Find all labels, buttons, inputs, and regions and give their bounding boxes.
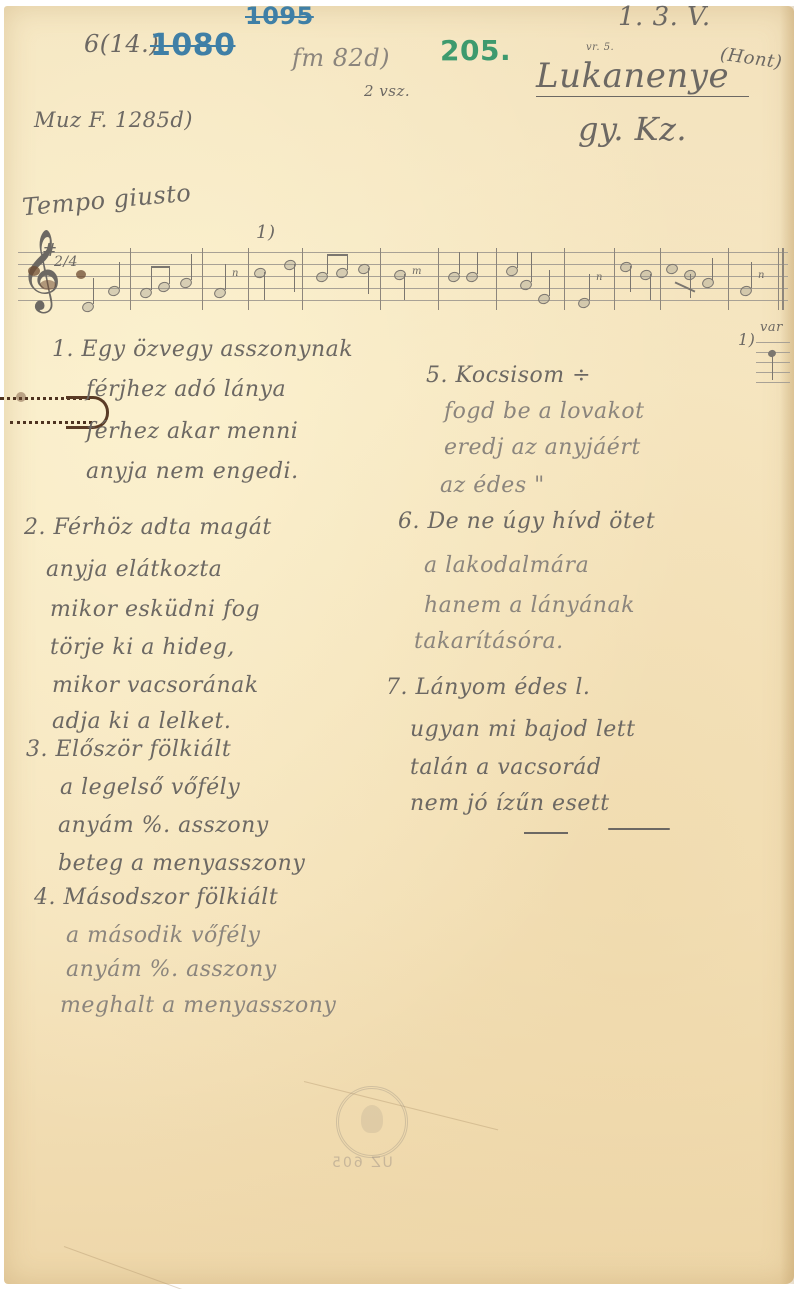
footnote-marker: 1) [256,222,275,243]
verse-line: anyja elátkozta [46,550,222,590]
ending-underline [524,832,568,834]
catalog-blue-number: 1095 [245,2,314,30]
verse-line: Lányom édes l. [416,675,591,700]
verse-4: 4. Másodszor fölkiált [34,878,278,918]
number-green: 205. [440,34,511,67]
verse-line: a lakodalmára [424,546,589,586]
verse-line: takarításóra. [414,622,564,662]
verse-line: ugyan mi bajod lett [410,710,635,750]
verse-line: nem jó ízűn esett [410,784,610,824]
verse-line: meghalt a menyasszony [60,986,336,1026]
music-staff: 𝄞 # 2/4 n m n n [18,248,788,308]
verse-7: 7. Lányom édes l. [386,668,590,708]
ref-versions: 2 vsz. [364,82,410,100]
verse-number: 3. [26,737,48,762]
verse-line: férjhez adó lánya [86,370,286,410]
classification-sub: vr. 5. [586,42,614,53]
verse-2: 2. Férhöz adta magát [24,508,272,548]
verse-line: De ne úgy hívd ötet [428,509,656,534]
library-stamp [336,1086,408,1158]
verse-line: Másodszor fölkiált [64,885,279,910]
verse-line: Először fölkiált [56,737,232,762]
variant-staff-snippet [756,340,790,384]
verse-line: a legelső vőfély [60,768,240,808]
verse-number: 7. [386,675,408,700]
verse-line: Egy özvegy asszonynak [82,337,354,362]
ref-fm: fm 82d) [292,44,390,72]
verse-line: hanem a lányának [424,586,635,626]
stamp-emblem-icon [361,1105,383,1133]
variant-marker: 1) [738,330,755,349]
verse-line: törje ki a hideg, [50,628,235,668]
museum-reference: Muz F. 1285d) [34,108,193,132]
ending-underline [608,828,670,830]
stamp-bleedthrough-text: UZ 605 [330,1155,393,1171]
place-name: Lukanenye [536,56,749,97]
verse-line: mikor vacsorának [52,666,259,706]
verse-line: Férhöz adta magát [54,515,272,540]
verse-line: anyja nem engedi. [86,452,299,492]
verse-line: az édes " [440,466,545,506]
collector-initials: gy. Kz. [578,110,687,148]
verse-1: 1. Egy özvegy asszonynak [52,330,353,370]
classification: 1. 3. V. [618,2,711,32]
verse-number: 5. [426,363,448,388]
catalog-struck-number: 1080 [150,28,236,63]
verse-line: anyám %. asszony [58,806,269,846]
verse-number: 2. [24,515,46,540]
verse-line: fogd be a lovakot [444,392,645,432]
verse-5: 5. Kocsisom ÷ [426,356,591,396]
paper-crease [64,1246,196,1289]
verse-line: mikor esküdni fog [50,590,260,630]
verse-line: talán a vacsorád [410,748,602,788]
time-signature: 2/4 [54,254,78,270]
verse-number: 4. [34,885,56,910]
catalog-left: 6(14.) [84,30,159,58]
verse-3: 3. Először fölkiált [26,730,231,770]
verse-line: Kocsisom ÷ [456,363,592,388]
verse-line: anyám %. asszony [66,950,277,990]
variant-label: var [760,320,783,335]
verse-line: eredj az anyjáért [444,428,641,468]
verse-6: 6. De ne úgy hívd ötet [398,502,655,542]
verse-line: férhez akar menni [86,412,298,452]
verse-number: 6. [398,509,420,534]
verse-number: 1. [52,337,74,362]
paper-edge-shadow [780,6,794,1284]
